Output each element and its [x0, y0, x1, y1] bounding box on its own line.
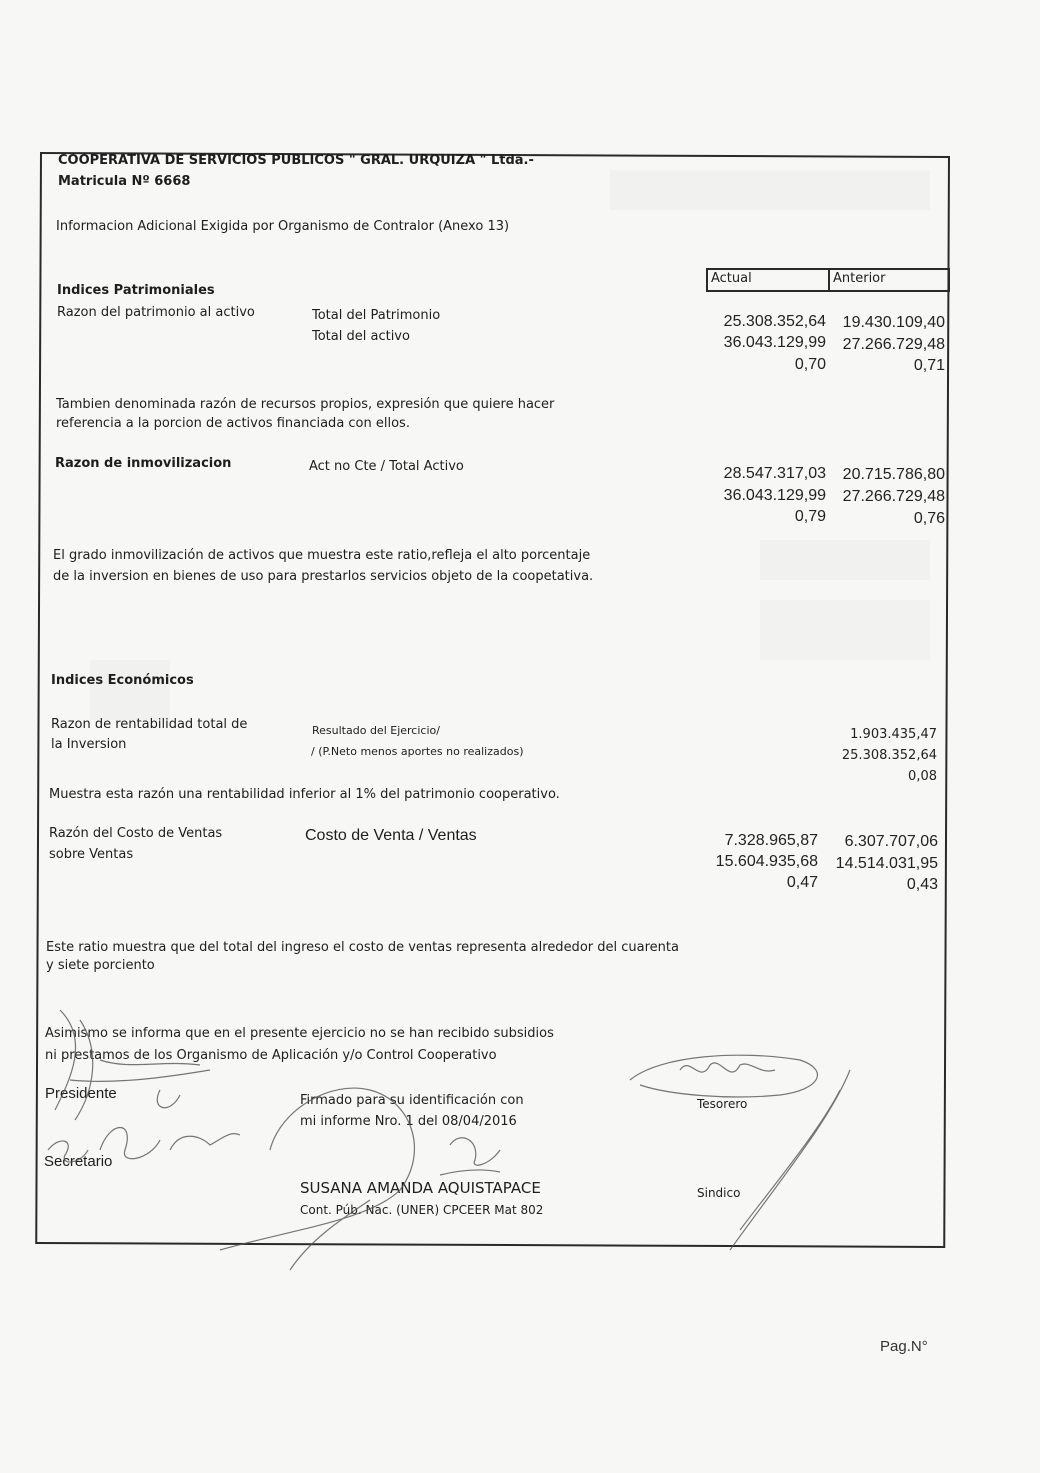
rp-actual-den: 36.043.129,99 [706, 334, 826, 352]
rp-actual-ratio: 0,70 [706, 356, 826, 374]
label-costo-ventas-2: sobre Ventas [49, 847, 133, 862]
note-inmovilizacion-1: El grado inmovilización de activos que m… [53, 548, 590, 563]
cv-actual-num: 7.328.965,87 [698, 832, 818, 850]
handwritten-signatures [40, 1000, 960, 1280]
formula-inmovilizacion: Act no Cte / Total Activo [309, 459, 464, 474]
ri-anterior-ratio: 0,76 [825, 510, 945, 528]
column-header-table: Actual Anterior [706, 268, 950, 292]
heading-patrimoniales: Indices Patrimoniales [57, 283, 215, 298]
page-number-label: Pag.N° [880, 1338, 928, 1355]
note-patrimonio-2: referencia a la porcion de activos finan… [56, 416, 410, 431]
cv-actual-den: 15.604.935,68 [698, 853, 818, 871]
subtitle: Informacion Adicional Exigida por Organi… [56, 219, 509, 234]
formula-costo-ventas: Costo de Venta / Ventas [305, 827, 477, 845]
note-costo-ventas-2: y siete porciento [46, 958, 155, 973]
formula-rentabilidad-2: / (P.Neto menos aportes no realizados) [311, 745, 524, 758]
column-anterior: Anterior [830, 270, 888, 290]
column-actual: Actual [708, 270, 830, 290]
ri-anterior-den: 27.266.729,48 [825, 488, 945, 506]
ri-actual-den: 36.043.129,99 [706, 487, 826, 505]
ri-actual-num: 28.547.317,03 [706, 465, 826, 483]
org-name: COOPERATIVA DE SERVICIOS PUBLICOS " GRAL… [58, 153, 534, 168]
ri-actual-ratio: 0,79 [706, 508, 826, 526]
label-rentabilidad-2: la Inversion [51, 737, 126, 752]
rt-actual-ratio: 0,08 [807, 769, 937, 784]
rp-anterior-ratio: 0,71 [825, 357, 945, 375]
heading-economicos: Indices Económicos [51, 673, 194, 688]
rp-anterior-den: 27.266.729,48 [825, 336, 945, 354]
rt-actual-den: 25.308.352,64 [807, 748, 937, 763]
note-rentabilidad: Muestra esta razón una rentabilidad infe… [49, 787, 560, 802]
label-costo-ventas-1: Razón del Costo de Ventas [49, 826, 222, 841]
cv-anterior-den: 14.514.031,95 [818, 855, 938, 873]
label-inmovilizacion: Razon de inmovilizacion [55, 456, 231, 471]
note-costo-ventas-1: Este ratio muestra que del total del ing… [46, 940, 679, 955]
rp-actual-num: 25.308.352,64 [706, 313, 826, 331]
formula-rentabilidad-1: Resultado del Ejercicio/ [312, 724, 440, 737]
ri-anterior-num: 20.715.786,80 [825, 466, 945, 484]
cv-anterior-ratio: 0,43 [818, 876, 938, 894]
cv-anterior-num: 6.307.707,06 [818, 833, 938, 851]
rt-actual-num: 1.903.435,47 [807, 727, 937, 742]
matricula: Matricula Nº 6668 [58, 174, 190, 189]
denominator-label: Total del activo [312, 329, 410, 344]
label-rentabilidad-1: Razon de rentabilidad total de [51, 717, 247, 732]
label-razon-patrimonio: Razon del patrimonio al activo [57, 305, 255, 320]
cv-actual-ratio: 0,47 [698, 874, 818, 892]
note-inmovilizacion-2: de la inversion en bienes de uso para pr… [53, 569, 593, 584]
numerator-label: Total del Patrimonio [312, 308, 440, 323]
note-patrimonio-1: Tambien denominada razón de recursos pro… [56, 397, 554, 412]
rp-anterior-num: 19.430.109,40 [825, 314, 945, 332]
